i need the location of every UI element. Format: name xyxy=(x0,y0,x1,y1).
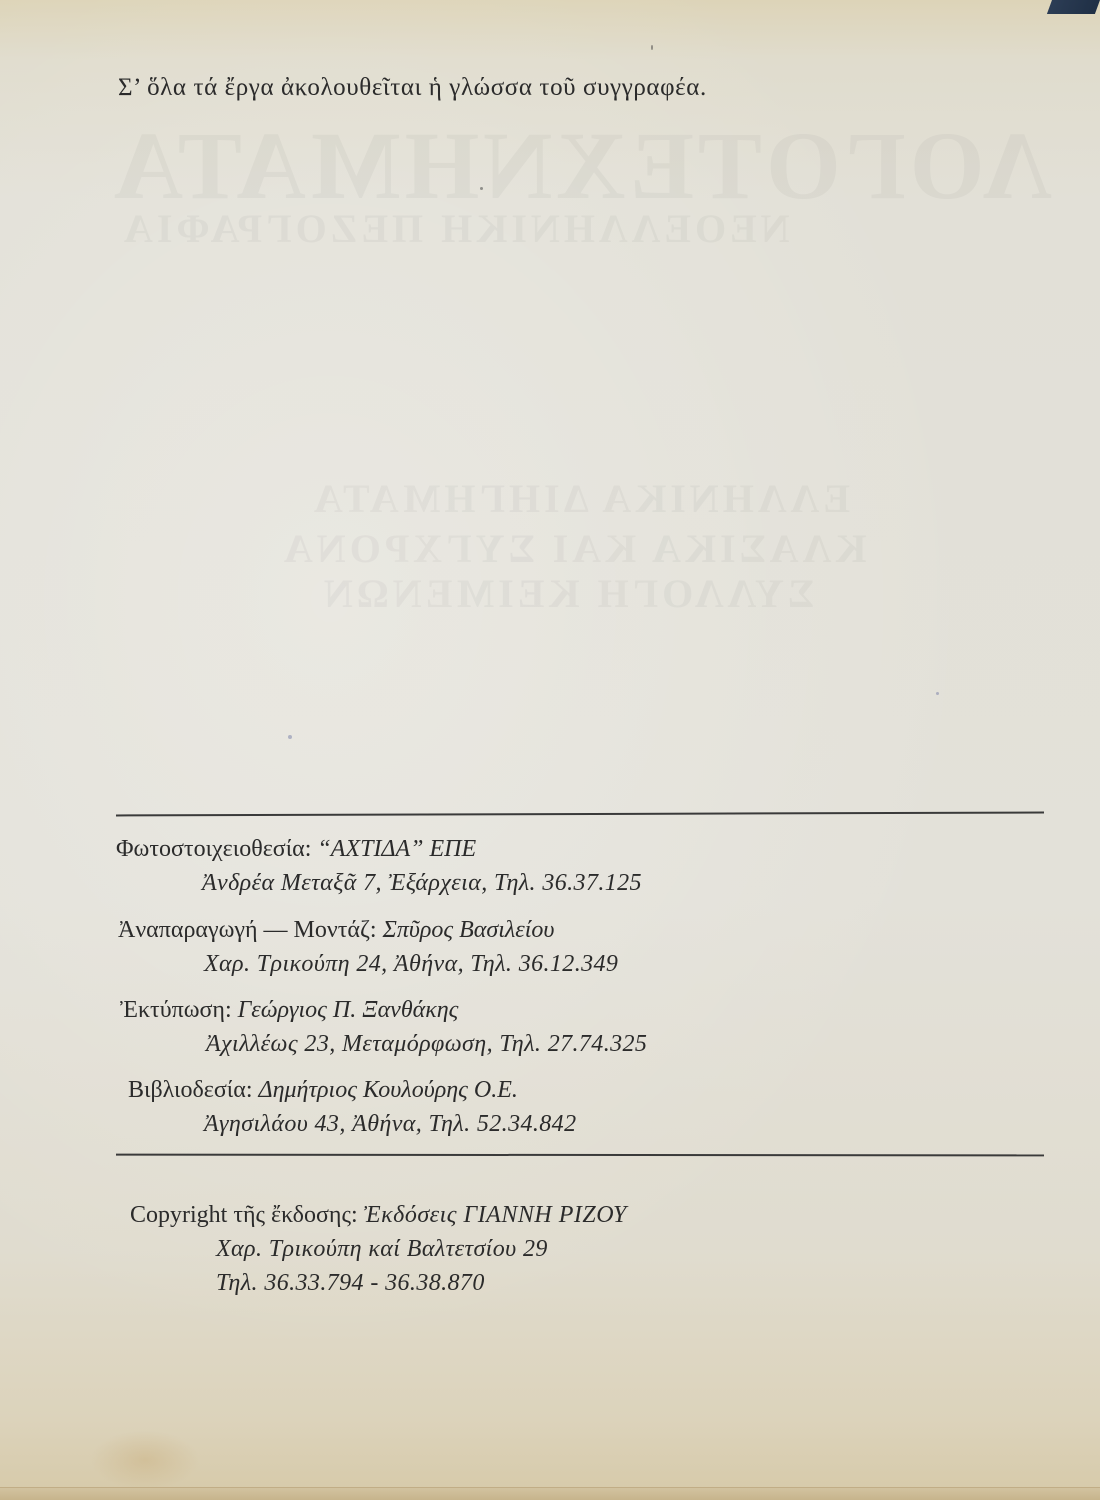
credit-name: Δημήτριος Κουλούρης Ο.Ε. xyxy=(259,1077,518,1103)
copyright-address: Χαρ. Τρικούπη καί Βαλτετσίου 29 xyxy=(130,1232,627,1266)
credit-address: Ἀνδρέα Μεταξᾶ 7, Ἐξάρχεια, Τηλ. 36.37.12… xyxy=(116,866,642,900)
show-through-texture: ΚΛΑΣΙΚΑ ΚΑΙ ΣΥΓΧΡΟΝΑ xyxy=(280,525,866,572)
ink-speck xyxy=(651,45,653,50)
credit-name: “ΑΧΤΙΔΑ” ΕΠΕ xyxy=(317,836,476,862)
divider-bottom xyxy=(116,1154,1044,1157)
show-through-texture: ΛΟΓΟΤΕΧΝΗΜΑΤΑ xyxy=(110,110,1052,221)
ink-speck xyxy=(480,187,483,190)
credit-address: Ἀχιλλέως 23, Μεταμόρφωση, Τηλ. 27.74.325 xyxy=(120,1027,647,1061)
copyright-phones: Τηλ. 36.33.794 - 36.38.870 xyxy=(130,1266,627,1300)
credit-printing: Ἐκτύπωση: Γεώργιος Π. Ξανθάκης Ἀχιλλέως … xyxy=(120,993,647,1061)
credit-name: Σπῦρος Βασιλείου xyxy=(383,917,555,943)
show-through-texture: ΣΥΛΛΟΓΗ ΚΕΙΜΕΝΩΝ xyxy=(320,570,814,617)
credit-reproduction-montage: Ἀναπαραγωγή — Μοντάζ: Σπῦρος Βασιλείου Χ… xyxy=(118,913,618,981)
language-note: Σ’ ὅλα τά ἔργα ἀκολουθεῖται ἡ γλώσσα τοῦ… xyxy=(118,74,707,102)
credit-typesetting: Φωτοστοιχειοθεσία: “ΑΧΤΙΔΑ” ΕΠΕ Ἀνδρέα Μ… xyxy=(116,832,642,900)
credit-label: Βιβλιοδεσία: xyxy=(128,1077,253,1103)
show-through-texture: ΕΛΛΗΝΙΚΑ ΔΙΗΓΗΜΑΤΑ xyxy=(310,475,850,522)
show-through-texture: ΝΕΟΕΛΛΗΝΙΚΗ ΠΕΖΟΓΡΑΦΙΑ xyxy=(120,205,790,252)
paper-stain xyxy=(90,1430,200,1490)
copyright-publisher: Ἐκδόσεις ΓΙΑΝΝΗ ΡΙΖΟΥ xyxy=(364,1202,627,1228)
book-cover-corner xyxy=(1047,0,1100,14)
ink-speck xyxy=(288,735,292,739)
credit-binding: Βιβλιοδεσία: Δημήτριος Κουλούρης Ο.Ε. Ἀγ… xyxy=(128,1073,576,1141)
credit-label: Ἐκτύπωση: xyxy=(120,997,232,1023)
credit-label: Φωτοστοιχειοθεσία: xyxy=(116,836,311,862)
copyright-label: Copyright τῆς ἔκδοσης: xyxy=(130,1202,358,1228)
book-page: ΛΟΓΟΤΕΧΝΗΜΑΤΑ ΝΕΟΕΛΛΗΝΙΚΗ ΠΕΖΟΓΡΑΦΙΑ ΕΛΛ… xyxy=(0,0,1100,1500)
credit-label: Ἀναπαραγωγή — Μοντάζ: xyxy=(118,917,377,943)
copyright-block: Copyright τῆς ἔκδοσης: Ἐκδόσεις ΓΙΑΝΝΗ Ρ… xyxy=(130,1198,627,1300)
credit-address: Χαρ. Τρικούπη 24, Ἀθήνα, Τηλ. 36.12.349 xyxy=(118,947,618,981)
page-edge xyxy=(0,1487,1100,1500)
divider-top xyxy=(116,812,1044,817)
credit-address: Ἀγησιλάου 43, Ἀθήνα, Τηλ. 52.34.842 xyxy=(128,1107,576,1141)
credit-name: Γεώργιος Π. Ξανθάκης xyxy=(238,997,459,1023)
ink-speck xyxy=(936,692,939,695)
